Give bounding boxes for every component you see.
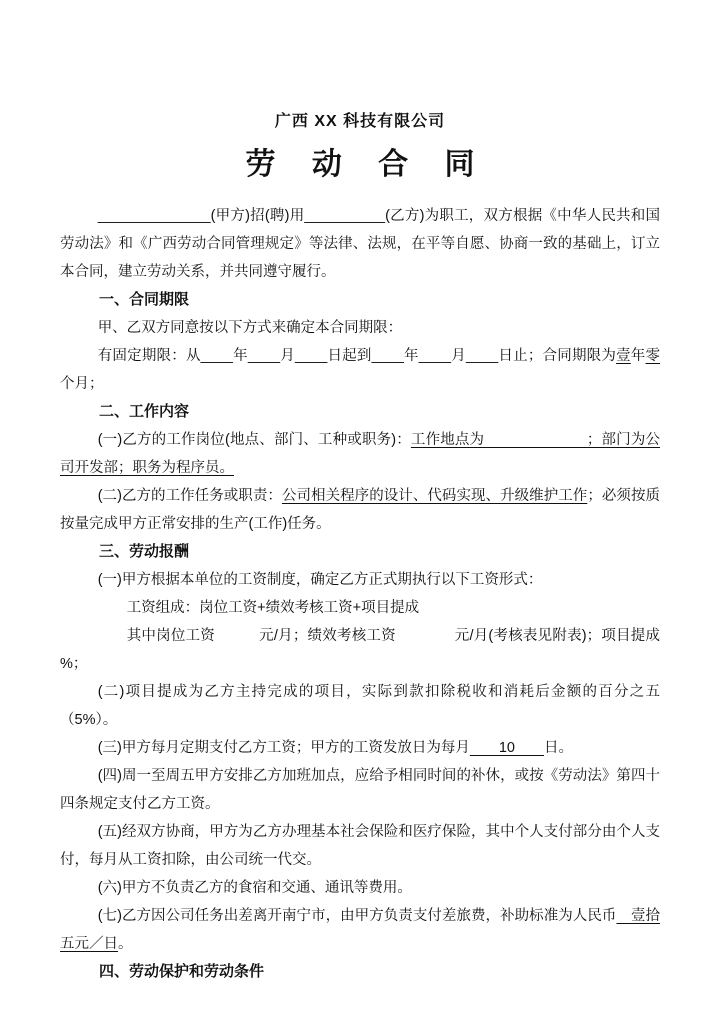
section-heading: 四、劳动保护和劳动条件 [60, 958, 660, 986]
paragraph: (四)周一至周五甲方安排乙方加班加点，应给予相同时间的补休，或按《劳动法》第四十… [60, 762, 660, 818]
text-run: ______________(甲方)招(聘)用__________(乙方)为职工… [60, 208, 660, 280]
paragraph: (三)甲方每月定期支付乙方工资；甲方的工资发放日为每月 10 日。 [60, 734, 660, 762]
text-run: 年 [631, 348, 646, 364]
document-page: 广西 XX 科技有限公司 劳 动 合 同 ______________(甲方)招… [0, 0, 720, 1017]
paragraph: (一)甲方根据本单位的工资制度，确定乙方正式期执行以下工资形式： [60, 566, 660, 594]
paragraph: ______________(甲方)招(聘)用__________(乙方)为职工… [60, 202, 660, 286]
filled-blank: 公司相关程序的设计、代码实现、升级维护工作 [282, 488, 587, 504]
paragraph: 甲、乙双方同意按以下方式来确定本合同期限： [60, 314, 660, 342]
text-run: (二)乙方的工作任务或职责： [98, 488, 282, 504]
text-run: 个月； [60, 376, 104, 392]
filled-blank: 零 [646, 348, 661, 364]
text-run: 其中岗位工资 元/月；绩效考核工资 元/月(考核表见附表)；项目提成 %； [60, 628, 689, 672]
company-name: 广西 XX 科技有限公司 [60, 110, 660, 134]
text-run: 三、劳动报酬 [99, 543, 189, 560]
paragraph: (七)乙方因公司任务出差离开南宁市，由甲方负责支付差旅费，补助标准为人民币 壹拾… [60, 902, 660, 958]
document-title: 劳 动 合 同 [60, 144, 660, 186]
text-run: 二、工作内容 [99, 403, 189, 420]
paragraph: (二)乙方的工作任务或职责：公司相关程序的设计、代码实现、升级维护工作；必须按质… [60, 482, 660, 538]
text-run: 工资组成：岗位工资+绩效考核工资+项目提成 [127, 600, 419, 616]
text-run: (一)甲方根据本单位的工资制度，确定乙方正式期执行以下工资形式： [98, 572, 543, 588]
paragraph: 其中岗位工资 元/月；绩效考核工资 元/月(考核表见附表)；项目提成 %； [60, 622, 660, 678]
filled-blank: 壹 [616, 348, 631, 364]
text-run: (六)甲方不负责乙方的食宿和交通、通讯等费用。 [98, 880, 412, 896]
paragraph: (一)乙方的工作岗位(地点、部门、工种或职务)：工作地点为 ；部门为公司开发部；… [60, 426, 660, 482]
paragraph: 有固定期限：从____年____月____日起到____年____月____日止… [60, 342, 660, 398]
text-run: (四)周一至周五甲方安排乙方加班加点，应给予相同时间的补休，或按《劳动法》第四十… [60, 768, 660, 812]
text-run: (五)经双方协商，甲方为乙方办理基本社会保险和医疗保险，其中个人支付部分由个人支… [60, 824, 660, 868]
text-run: 四、劳动保护和劳动条件 [99, 963, 264, 980]
text-run: 有固定期限：从____年____月____日起到____年____月____日止… [98, 348, 616, 364]
text-run: (三)甲方每月定期支付乙方工资；甲方的工资发放日为每月 [98, 740, 470, 756]
paragraph: (六)甲方不负责乙方的食宿和交通、通讯等费用。 [60, 874, 660, 902]
document-body: ______________(甲方)招(聘)用__________(乙方)为职工… [60, 202, 660, 986]
filled-blank: 10 [470, 740, 544, 756]
section-heading: 三、劳动报酬 [60, 538, 660, 566]
text-run: 日。 [544, 740, 573, 756]
text-run: 一、合同期限 [99, 291, 189, 308]
section-heading: 一、合同期限 [60, 286, 660, 314]
text-run: 甲、乙双方同意按以下方式来确定本合同期限： [98, 320, 403, 336]
text-run: 。 [118, 936, 133, 952]
paragraph: (二)项目提成为乙方主持完成的项目，实际到款扣除税收和消耗后金额的百分之五（5%… [60, 678, 660, 734]
paragraph: (五)经双方协商，甲方为乙方办理基本社会保险和医疗保险，其中个人支付部分由个人支… [60, 818, 660, 874]
text-run: (二)项目提成为乙方主持完成的项目，实际到款扣除税收和消耗后金额的百分之五（5%… [60, 684, 660, 728]
section-heading: 二、工作内容 [60, 398, 660, 426]
text-run: (一)乙方的工作岗位(地点、部门、工种或职务)： [98, 432, 411, 448]
text-run: (七)乙方因公司任务出差离开南宁市，由甲方负责支付差旅费，补助标准为人民币 [98, 908, 617, 924]
paragraph: 工资组成：岗位工资+绩效考核工资+项目提成 [60, 594, 660, 622]
